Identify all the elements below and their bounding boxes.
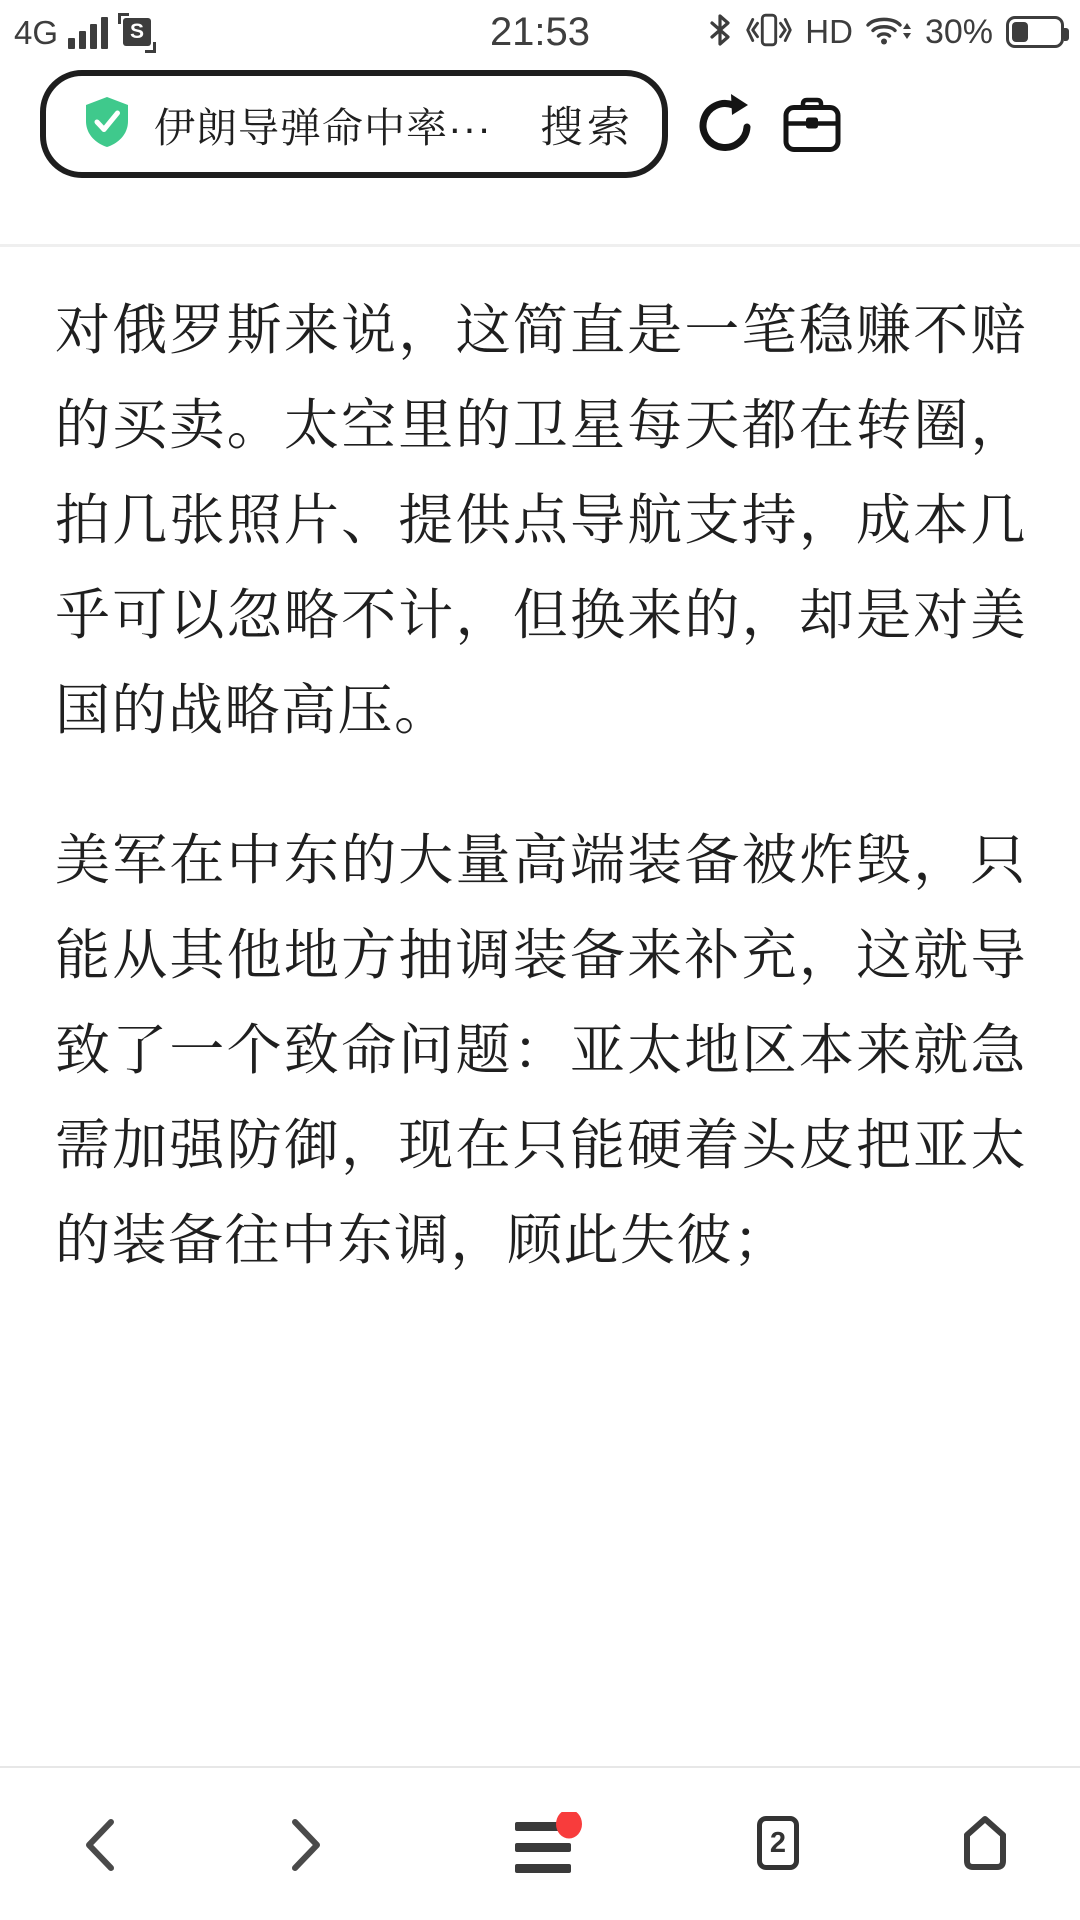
tab-count-icon: 2 xyxy=(757,1816,799,1870)
vibrate-icon xyxy=(746,11,792,54)
home-button[interactable] xyxy=(956,1810,1014,1876)
wifi-icon xyxy=(866,13,912,52)
toolbox-icon xyxy=(781,96,843,154)
notification-badge-dot xyxy=(556,1812,582,1839)
home-icon xyxy=(961,1815,1009,1871)
forward-chevron-icon xyxy=(288,1818,324,1872)
status-right-cluster: HD 30% xyxy=(707,12,1064,52)
browser-screen: 4G S 21:53 xyxy=(0,0,1080,1920)
article-content: 对俄罗斯来说，这简直是一笔稳赚不赔的买卖。太空里的卫星每天都在转圈，拍几张照片、… xyxy=(55,283,1027,1343)
toolbox-button[interactable] xyxy=(780,94,844,156)
search-button[interactable]: 搜索 xyxy=(540,94,634,155)
battery-fill xyxy=(1012,22,1028,42)
url-query-text[interactable]: 伊朗导弹命中率··· xyxy=(154,95,518,154)
bluetooth-icon xyxy=(707,12,733,53)
battery-percent-label: 30% xyxy=(925,13,993,52)
back-chevron-icon xyxy=(82,1818,118,1872)
tab-count: 2 xyxy=(770,1827,786,1860)
status-bar: 4G S 21:53 xyxy=(0,0,1080,62)
article-paragraph: 对俄罗斯来说，这简直是一笔稳赚不赔的买卖。太空里的卫星每天都在转圈，拍几张照片、… xyxy=(55,283,1027,758)
menu-icon xyxy=(511,1812,585,1876)
back-button[interactable] xyxy=(62,1810,138,1880)
hd-voice-label: HD xyxy=(805,13,853,51)
toolbar-divider xyxy=(0,244,1080,247)
address-bar[interactable]: 伊朗导弹命中率··· 搜索 xyxy=(40,70,668,178)
refresh-icon xyxy=(693,91,757,157)
browser-toolbar: 伊朗导弹命中率··· 搜索 xyxy=(0,64,1080,194)
article-paragraph: 美军在中东的大量高端装备被炸毁，只能从其他地方抽调装备来补充，这就导致了一个致命… xyxy=(55,813,1027,1288)
menu-button[interactable] xyxy=(508,1808,588,1880)
bottom-navigation-bar: 2 xyxy=(0,1768,1080,1920)
battery-icon xyxy=(1006,16,1064,48)
refresh-button[interactable] xyxy=(692,90,758,158)
tabs-button[interactable]: 2 xyxy=(750,1812,806,1874)
site-safety-shield-icon xyxy=(82,95,132,154)
forward-button[interactable] xyxy=(268,1810,344,1880)
